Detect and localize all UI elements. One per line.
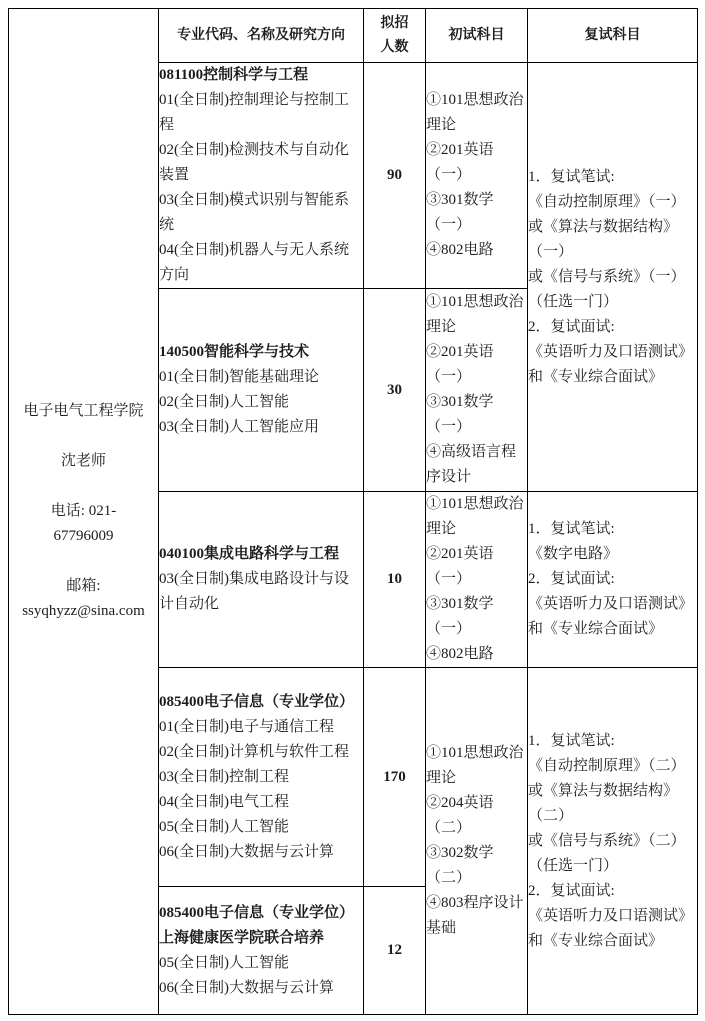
quota-085400: 170 <box>364 668 426 887</box>
program-directions: 01(全日制)智能基础理论02(全日制)人工智能03(全日制)人工智能应用 <box>159 365 363 440</box>
contact-cell: 电子电气工程学院沈老师电话: 021-67796009邮箱:ssyqhyzz@s… <box>9 9 159 1015</box>
initial-exam-row3: ①101思想政治理论②201英语（一）③301数学（一）④802电路 <box>426 492 528 668</box>
admissions-table: 电子电气工程学院沈老师电话: 021-67796009邮箱:ssyqhyzz@s… <box>8 8 698 1015</box>
initial-exam-row1: ①101思想政治理论②201英语（一）③301数学（一）④802电路 <box>426 63 528 289</box>
program-title: 085400电子信息（专业学位） <box>159 690 363 715</box>
program-title: 085400电子信息（专业学位）上海健康医学院联合培养 <box>159 901 363 951</box>
program-directions: 05(全日制)人工智能06(全日制)大数据与云计算 <box>159 951 363 1001</box>
major-cell-081100: 081100控制科学与工程 01(全日制)控制理论与控制工程02(全日制)检测技… <box>159 63 364 289</box>
col-header-quota: 拟招人数 <box>364 9 426 63</box>
retest-exam-rows1-2: 1．复试笔试:《自动控制原理》（一）或《算法与数据结构》（一）或《信号与系统》（… <box>528 63 698 492</box>
program-directions: 01(全日制)控制理论与控制工程02(全日制)检测技术与自动化装置03(全日制)… <box>159 88 363 288</box>
major-cell-040100: 040100集成电路科学与工程 03(全日制)集成电路设计与设计自动化 <box>159 492 364 668</box>
col-header-retest-exam: 复试科目 <box>528 9 698 63</box>
retest-exam-rows4-5: 1．复试笔试:《自动控制原理》（二）或《算法与数据结构》（二）或《信号与系统》（… <box>528 668 698 1015</box>
quota-140500: 30 <box>364 289 426 492</box>
major-cell-085400: 085400电子信息（专业学位） 01(全日制)电子与通信工程02(全日制)计算… <box>159 668 364 887</box>
col-header-quota-lines: 拟招人数 <box>364 12 425 60</box>
major-cell-140500: 140500智能科学与技术 01(全日制)智能基础理论02(全日制)人工智能03… <box>159 289 364 492</box>
retest-exam-row3: 1．复试笔试:《数字电路》2．复试面试:《英语听力及口语测试》和《专业综合面试》 <box>528 492 698 668</box>
col-header-major: 专业代码、名称及研究方向 <box>159 9 364 63</box>
program-title: 040100集成电路科学与工程 <box>159 542 363 567</box>
col-header-initial-exam: 初试科目 <box>426 9 528 63</box>
quota-040100: 10 <box>364 492 426 668</box>
program-directions: 03(全日制)集成电路设计与设计自动化 <box>159 567 363 617</box>
program-directions: 01(全日制)电子与通信工程02(全日制)计算机与软件工程03(全日制)控制工程… <box>159 715 363 865</box>
contact-info: 电子电气工程学院沈老师电话: 021-67796009邮箱:ssyqhyzz@s… <box>9 399 158 624</box>
quota-081100: 90 <box>364 63 426 289</box>
initial-exam-row2: ①101思想政治理论②201英语（一）③301数学（一）④高级语言程序设计 <box>426 289 528 492</box>
program-title: 081100控制科学与工程 <box>159 63 363 88</box>
quota-085400-joint: 12 <box>364 887 426 1015</box>
header-row: 电子电气工程学院沈老师电话: 021-67796009邮箱:ssyqhyzz@s… <box>9 9 698 63</box>
initial-exam-rows4-5: ①101思想政治理论②204英语（二）③302数学（二）④803程序设计基础 <box>426 668 528 1015</box>
program-title: 140500智能科学与技术 <box>159 340 363 365</box>
major-cell-085400-joint: 085400电子信息（专业学位）上海健康医学院联合培养 05(全日制)人工智能0… <box>159 887 364 1015</box>
